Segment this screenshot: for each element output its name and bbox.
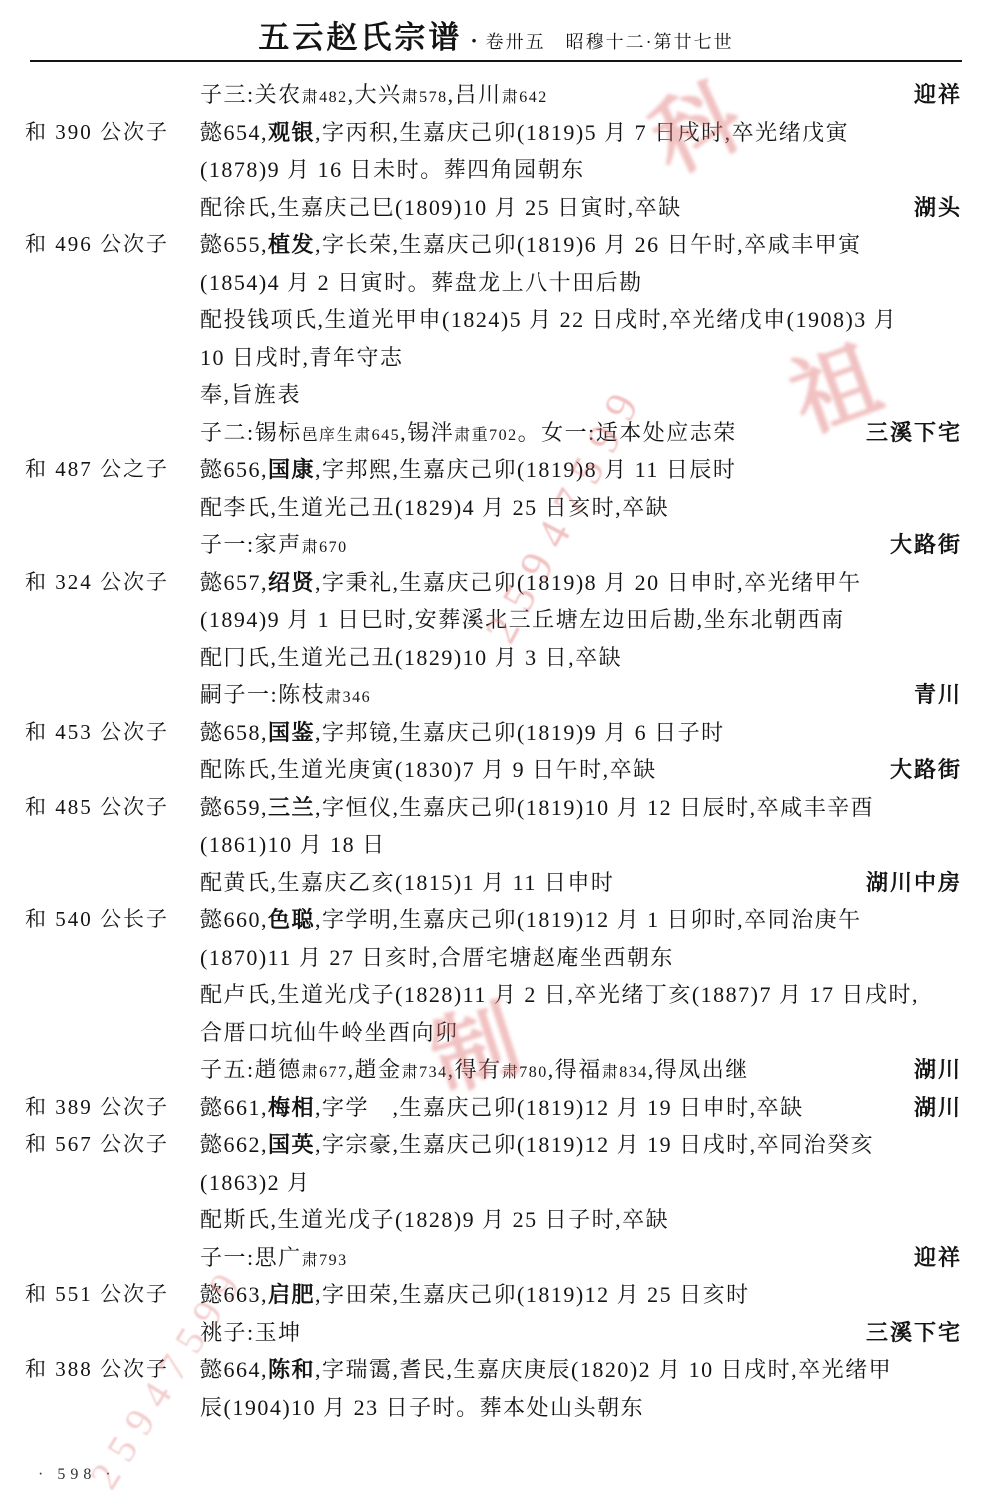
- title-separator-dot: ·: [470, 28, 477, 53]
- entry-line: 祧子:玉坤三溪下宅: [0, 1314, 992, 1352]
- entry-line: 子二:锡标邑庠生肃645,锡泮肃重702。女一:适本处应志荣三溪下宅: [0, 414, 992, 452]
- entry-text: 子一:思广肃793: [200, 1239, 964, 1280]
- entry-text: (1863)2 月: [200, 1164, 964, 1202]
- lineage-label: 和 390 公次子: [25, 114, 169, 152]
- entry-line: 10 日戌时,青年守志: [0, 339, 992, 377]
- residence-label: 湖川: [914, 1051, 962, 1089]
- page-header: 五云赵氏宗谱·卷卅五 昭穆十二·第廿七世: [0, 12, 992, 57]
- entry-line: 子三:关农肃482,大兴肃578,吕川肃642迎祥: [0, 76, 992, 114]
- entry-line: 配斯氏,生道光戊子(1828)9 月 25 日子时,卒缺: [0, 1201, 992, 1239]
- page-number: · 598 ·: [38, 1466, 116, 1484]
- entry-line: 和 324 公次子懿657,绍贤,字秉礼,生嘉庆己卯(1819)8 月 20 日…: [0, 564, 992, 602]
- entry-line: 配李氏,生道光己丑(1829)4 月 25 日亥时,卒缺: [0, 489, 992, 527]
- entry-line: 和 485 公次子懿659,三兰,字恒仪,生嘉庆己卯(1819)10 月 12 …: [0, 789, 992, 827]
- entry-text: 祧子:玉坤: [200, 1314, 964, 1352]
- entry-line: 子一:家声肃670大路街: [0, 526, 992, 564]
- volume-generation-subtitle: 卷卅五 昭穆十二·第廿七世: [486, 32, 734, 52]
- entry-line: 辰(1904)10 月 23 日子时。葬本处山头朝东: [0, 1389, 992, 1427]
- entry-text: 配李氏,生道光己丑(1829)4 月 25 日亥时,卒缺: [200, 489, 964, 527]
- entry-text: 辰(1904)10 月 23 日子时。葬本处山头朝东: [200, 1389, 964, 1427]
- entry-text: 配陈氏,生道光庚寅(1830)7 月 9 日午时,卒缺: [200, 751, 964, 789]
- residence-label: 湖川: [914, 1089, 962, 1127]
- entry-text: 子五:趙德肃677,趙金肃734,得有肃780,得福肃834,得凤出继: [200, 1051, 964, 1092]
- entry-line: (1863)2 月: [0, 1164, 992, 1202]
- entry-line: 配冂氏,生道光己丑(1829)10 月 3 日,卒缺: [0, 639, 992, 677]
- entry-line: 和 487 公之子懿656,国康,字邦熙,生嘉庆己卯(1819)8 月 11 日…: [0, 451, 992, 489]
- lineage-label: 和 540 公长子: [25, 901, 169, 939]
- lineage-label: 和 389 公次子: [25, 1089, 169, 1127]
- entry-line: 和 389 公次子懿661,梅相,字学 ,生嘉庆己卯(1819)12 月 19 …: [0, 1089, 992, 1127]
- lineage-label: 和 388 公次子: [25, 1351, 169, 1389]
- entry-line: (1854)4 月 2 日寅时。葬盘龙上八十田后勘: [0, 264, 992, 302]
- entry-text: 子二:锡标邑庠生肃645,锡泮肃重702。女一:适本处应志荣: [200, 414, 964, 455]
- entry-text: 10 日戌时,青年守志: [200, 339, 964, 377]
- entry-line: 配黄氏,生嘉庆乙亥(1815)1 月 11 日申时湖川中房: [0, 864, 992, 902]
- lineage-label: 和 324 公次子: [25, 564, 169, 602]
- residence-label: 迎祥: [914, 1239, 962, 1277]
- entry-text: 懿662,国英,字宗豪,生嘉庆己卯(1819)12 月 19 日戌时,卒同治癸亥: [200, 1126, 964, 1164]
- entry-text: 懿659,三兰,字恒仪,生嘉庆己卯(1819)10 月 12 日辰时,卒咸丰辛酉: [200, 789, 964, 827]
- entry-text: 懿654,观银,字丙积,生嘉庆己卯(1819)5 月 7 日戌时,卒光绪戊寅: [200, 114, 964, 152]
- entry-line: (1870)11 月 27 日亥时,合厝宅塘赵庵坐西朝东: [0, 939, 992, 977]
- entry-text: 懿655,植发,字长荣,生嘉庆己卯(1819)6 月 26 日午时,卒咸丰甲寅: [200, 226, 964, 264]
- entry-text: 懿656,国康,字邦熙,生嘉庆己卯(1819)8 月 11 日辰时: [200, 451, 964, 489]
- entry-line: 配投钱项氏,生道光甲申(1824)5 月 22 日戌时,卒光绪戊申(1908)3…: [0, 301, 992, 339]
- entry-text: 懿661,梅相,字学 ,生嘉庆己卯(1819)12 月 19 日申时,卒缺: [200, 1089, 964, 1127]
- entry-text: 配斯氏,生道光戊子(1828)9 月 25 日子时,卒缺: [200, 1201, 964, 1239]
- entry-line: 和 496 公次子懿655,植发,字长荣,生嘉庆己卯(1819)6 月 26 日…: [0, 226, 992, 264]
- content: 子三:关农肃482,大兴肃578,吕川肃642迎祥和 390 公次子懿654,观…: [0, 76, 992, 1426]
- entry-text: 懿663,启肥,字田荣,生嘉庆己卯(1819)12 月 25 日亥时: [200, 1276, 964, 1314]
- entry-text: (1861)10 月 18 日: [200, 826, 964, 864]
- entry-line: (1894)9 月 1 日巳时,安葬溪北三丘塘左边田后勘,坐东北朝西南: [0, 601, 992, 639]
- entry-text: (1870)11 月 27 日亥时,合厝宅塘赵庵坐西朝东: [200, 939, 964, 977]
- entry-text: 子一:家声肃670: [200, 526, 964, 567]
- entry-line: (1878)9 月 16 日未时。葬四角园朝东: [0, 151, 992, 189]
- lineage-label: 和 485 公次子: [25, 789, 169, 827]
- entry-line: 子一:思广肃793迎祥: [0, 1239, 992, 1277]
- entry-line: 合厝口坑仙牛岭坐酉向卯: [0, 1014, 992, 1052]
- entry-line: (1861)10 月 18 日: [0, 826, 992, 864]
- entry-line: 奉,旨旌表: [0, 376, 992, 414]
- genealogy-title: 五云赵氏宗谱: [258, 20, 462, 55]
- entry-text: 奉,旨旌表: [200, 376, 964, 414]
- residence-label: 迎祥: [914, 76, 962, 114]
- residence-label: 青川: [914, 676, 962, 714]
- entry-line: 配徐氏,生嘉庆己巳(1809)10 月 25 日寅时,卒缺湖头: [0, 189, 992, 227]
- entry-line: 配陈氏,生道光庚寅(1830)7 月 9 日午时,卒缺大路街: [0, 751, 992, 789]
- entry-line: 和 567 公次子懿662,国英,字宗豪,生嘉庆己卯(1819)12 月 19 …: [0, 1126, 992, 1164]
- entry-text: (1854)4 月 2 日寅时。葬盘龙上八十田后勘: [200, 264, 964, 302]
- entry-text: 子三:关农肃482,大兴肃578,吕川肃642: [200, 76, 964, 117]
- header-rule: [30, 60, 962, 62]
- residence-label: 三溪下宅: [866, 1314, 962, 1352]
- entry-text: 嗣子一:陈枝肃346: [200, 676, 964, 717]
- entry-text: 配冂氏,生道光己丑(1829)10 月 3 日,卒缺: [200, 639, 964, 677]
- residence-label: 大路街: [890, 751, 962, 789]
- entry-line: 和 388 公次子懿664,陈和,字瑞霭,耆民,生嘉庆庚辰(1820)2 月 1…: [0, 1351, 992, 1389]
- entry-line: 和 390 公次子懿654,观银,字丙积,生嘉庆己卯(1819)5 月 7 日戌…: [0, 114, 992, 152]
- entry-line: 和 540 公长子懿660,色聪,字学明,生嘉庆己卯(1819)12 月 1 日…: [0, 901, 992, 939]
- lineage-label: 和 487 公之子: [25, 451, 169, 489]
- entry-text: 配徐氏,生嘉庆己巳(1809)10 月 25 日寅时,卒缺: [200, 189, 964, 227]
- entry-text: (1878)9 月 16 日未时。葬四角园朝东: [200, 151, 964, 189]
- entry-text: 懿658,国鉴,字邦镜,生嘉庆己卯(1819)9 月 6 日子时: [200, 714, 964, 752]
- residence-label: 大路街: [890, 526, 962, 564]
- residence-label: 三溪下宅: [866, 414, 962, 452]
- entry-text: 配投钱项氏,生道光甲申(1824)5 月 22 日戌时,卒光绪戊申(1908)3…: [200, 301, 964, 339]
- residence-label: 湖头: [914, 189, 962, 227]
- entry-text: 合厝口坑仙牛岭坐酉向卯: [200, 1014, 964, 1052]
- entry-line: 子五:趙德肃677,趙金肃734,得有肃780,得福肃834,得凤出继湖川: [0, 1051, 992, 1089]
- entry-text: 配卢氏,生道光戊子(1828)11 月 2 日,卒光绪丁亥(1887)7 月 1…: [200, 976, 964, 1014]
- entry-text: 懿664,陈和,字瑞霭,耆民,生嘉庆庚辰(1820)2 月 10 日戌时,卒光绪…: [200, 1351, 964, 1389]
- entry-line: 配卢氏,生道光戊子(1828)11 月 2 日,卒光绪丁亥(1887)7 月 1…: [0, 976, 992, 1014]
- entry-text: 配黄氏,生嘉庆乙亥(1815)1 月 11 日申时: [200, 864, 964, 902]
- entry-text: 懿657,绍贤,字秉礼,生嘉庆己卯(1819)8 月 20 日申时,卒光绪甲午: [200, 564, 964, 602]
- entry-text: (1894)9 月 1 日巳时,安葬溪北三丘塘左边田后勘,坐东北朝西南: [200, 601, 964, 639]
- lineage-label: 和 496 公次子: [25, 226, 169, 264]
- entry-line: 和 551 公次子懿663,启肥,字田荣,生嘉庆己卯(1819)12 月 25 …: [0, 1276, 992, 1314]
- lineage-label: 和 551 公次子: [25, 1276, 169, 1314]
- entry-line: 嗣子一:陈枝肃346青川: [0, 676, 992, 714]
- entry-text: 懿660,色聪,字学明,生嘉庆己卯(1819)12 月 1 日卯时,卒同治庚午: [200, 901, 964, 939]
- lineage-label: 和 567 公次子: [25, 1126, 169, 1164]
- lineage-label: 和 453 公次子: [25, 714, 169, 752]
- entry-line: 和 453 公次子懿658,国鉴,字邦镜,生嘉庆己卯(1819)9 月 6 日子…: [0, 714, 992, 752]
- residence-label: 湖川中房: [866, 864, 962, 902]
